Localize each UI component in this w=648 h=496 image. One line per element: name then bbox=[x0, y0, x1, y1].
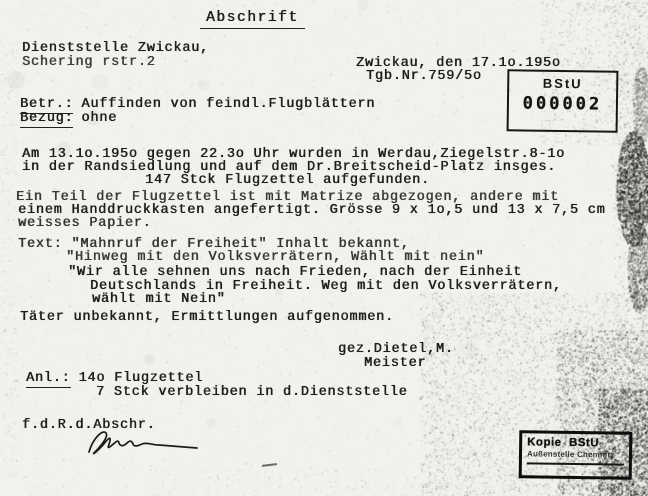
scanned-document-page: Abschrift Dienststelle Zwickau, Schering… bbox=[0, 0, 648, 496]
reference-line: Bezug:ohne bbox=[20, 111, 117, 126]
subject-line: Betr.:Auffinden von feindl.Flugblättern bbox=[20, 97, 375, 112]
bstu-stamp-title: BStU bbox=[509, 75, 616, 91]
body-line: "Wir alle sehnen uns nach Frieden, nach … bbox=[68, 265, 522, 280]
journal-ref-number: Tgb.Nr.759/5o bbox=[366, 69, 482, 84]
sender-office: Dienststelle Zwickau, bbox=[22, 41, 209, 56]
bstu-number-stamp: BStU 000002 bbox=[507, 69, 619, 133]
kopie-bstu-stamp: Kopie BStU Außenstelle Chemnitz bbox=[519, 430, 633, 480]
enclosure-line-2: 7 Stck verbleiben in d.Dienststelle bbox=[96, 385, 408, 400]
kopie-stamp-rule bbox=[527, 462, 624, 465]
reference-label: Bezug: bbox=[20, 111, 73, 128]
enclosure-line: Anl.:14o Flugzettel bbox=[26, 371, 203, 386]
signer-rank: Meister bbox=[364, 356, 426, 371]
body-line: wählt mit Nein" bbox=[92, 292, 226, 307]
sender-street: Schering rstr.2 bbox=[22, 55, 156, 70]
enclosure-label: Anl.: bbox=[26, 371, 71, 388]
body-line: "Hinweg mit den Volksverrätern, Wählt mi… bbox=[66, 250, 484, 265]
reference-text: ohne bbox=[81, 111, 117, 126]
enclosure-text: 14o Flugzettel bbox=[79, 371, 204, 386]
handwritten-signature bbox=[82, 426, 202, 460]
body-line: weisses Papier. bbox=[18, 216, 152, 231]
signed-by-line: gez.Dietel,M. bbox=[338, 342, 454, 357]
document-title: Abschrift bbox=[200, 10, 305, 29]
bstu-stamp-number: 000002 bbox=[509, 93, 616, 114]
subject-text: Auffinden von feindl.Flugblättern bbox=[81, 97, 375, 112]
kopie-stamp-office: Außenstelle Chemnitz bbox=[527, 449, 629, 459]
kopie-stamp-title: Kopie BStU bbox=[527, 436, 629, 449]
body-line: 147 Stck Flugzettel aufgefunden. bbox=[145, 173, 430, 188]
body-line: Täter unbekannt, Ermittlungen aufgenomme… bbox=[20, 310, 394, 325]
